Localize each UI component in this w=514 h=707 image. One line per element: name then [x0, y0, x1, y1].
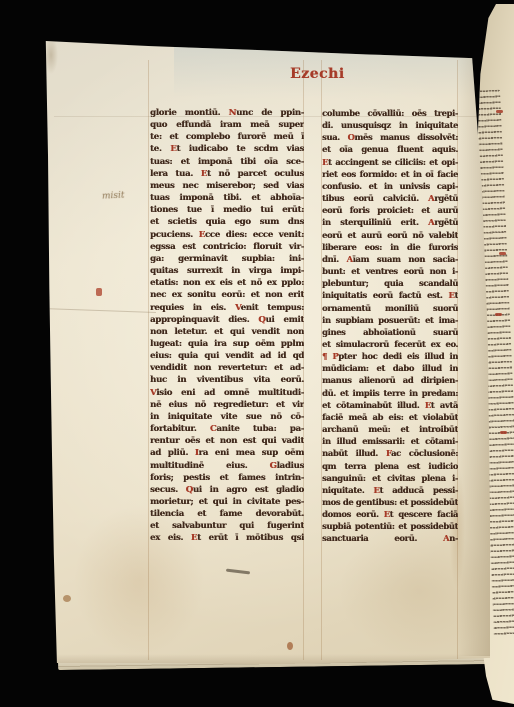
text-line: te. Et iudicabo te scdm vias [150, 143, 304, 155]
text-line: mos de gentibus: et possidebūt [322, 496, 458, 508]
rubric-mark [499, 252, 506, 255]
text-line: lera tua. Et nō parcet oculus [150, 168, 304, 180]
text-line: in sterquiliniū erit. Argētū [322, 216, 458, 228]
rubric-mark [500, 431, 507, 434]
text-line: iniquitatis eorū factū est. Et [322, 289, 458, 301]
text-line: ¶ Ppter hoc dedi eis illud in [322, 350, 458, 362]
text-line: ga: germinavit supbia: ini- [150, 253, 304, 265]
text-line: gines abhoīationū suarū [322, 326, 458, 338]
text-line: sua. Omēs manus dissolvēt: [322, 131, 458, 143]
text-line: nē eius nō regredietur: et vir [150, 399, 304, 411]
text-line: et salvabuntur qui fugerint [150, 520, 304, 532]
text-line: fortabitur. Canite tuba: pa- [150, 423, 304, 435]
margin-rubric-mark [96, 288, 102, 296]
text-line: te: et complebo furorē meū ī [150, 131, 304, 143]
text-line: bunt: et ventres eorū non i- [322, 265, 458, 277]
text-line: di. unusquisqz in iniquitate [322, 119, 458, 131]
text-line: et simulacrorū fecerūt ex eo. [322, 338, 458, 350]
text-line: nec ex sonitu eorū: et non erit [150, 289, 304, 301]
text-line: eorū foris proiciet: et aurū [322, 204, 458, 216]
text-column-left: glorie montiū. Nunc de ppin-quo effundā … [150, 107, 304, 545]
text-line: ornamentū moniliū suorū [322, 302, 458, 314]
text-line: faciē meā ab eis: et violabūt [322, 411, 458, 423]
text-line: non letetur. et qui vendit non [150, 326, 304, 338]
text-line: lugeat: quia ira sup oēm pplm [150, 338, 304, 350]
text-line: multitudinē eius. Gladius [150, 460, 304, 472]
text-line: et cōtaminabūt illud. Et avtā [322, 399, 458, 411]
text-line: liberare eos: in die furoris [322, 241, 458, 253]
ruling-line [148, 60, 149, 660]
ink-blot [287, 642, 293, 650]
text-line: glorie montiū. Nunc de ppin- [150, 107, 304, 119]
manuscript-page: Ezechi misit glorie montiū. Nunc de ppin… [44, 36, 490, 668]
text-line: nabūt illud. Fac cōclusionē: [322, 447, 458, 459]
text-line: qm terra plena est iudicio [322, 460, 458, 472]
text-line: domos eorū. Et qescere faciā [322, 508, 458, 520]
text-line: in illud emissarii: et cōtami- [322, 435, 458, 447]
text-line: confusio. et in univsis capi- [322, 180, 458, 192]
text-line: eius: quia qui vendit ad id qd [150, 350, 304, 362]
text-line: quitas surrexit in virga impi- [150, 265, 304, 277]
text-line: requies in eis. Venit tempus: [150, 302, 304, 314]
text-line: pcuciens. Ecce dies: ecce venit: [150, 229, 304, 241]
text-line: in supbiam posuerūt: et ima- [322, 314, 458, 326]
text-line: secus. Qui in agro est gladio [150, 484, 304, 496]
text-line: dnī. Aīam suam non sacia- [322, 253, 458, 265]
text-line: mūdiciam: et dabo illud in [322, 362, 458, 374]
text-line: morietur; et qui in civitate pes- [150, 496, 304, 508]
text-line: niquitate. Et adducā pessi- [322, 484, 458, 496]
text-line: sanguinū: et civitas plena i- [322, 472, 458, 484]
text-line: dū. et impiis terre in predam: [322, 387, 458, 399]
text-line: huc in viventibus vita eorū. [150, 374, 304, 386]
text-line: tuas imponā tibi. et abhoīa- [150, 192, 304, 204]
text-line: ex eis. Et erūt ī mōtibus qsi [150, 532, 304, 544]
stain [44, 36, 114, 131]
rubric-mark [496, 110, 503, 113]
text-line: vendidit non revertetur: et ad- [150, 362, 304, 374]
text-line: Et accingent se ciliciis: et opi- [322, 156, 458, 168]
text-line: et oīa genua fluent aquis. [322, 143, 458, 155]
text-line: appropinquavit dies. Qui emit [150, 314, 304, 326]
text-line: riet eos formido: et in oī facie [322, 168, 458, 180]
text-line: tilencia et fame devorabūt. [150, 508, 304, 520]
text-line: Visio eni ad omnē multitudi- [150, 387, 304, 399]
text-line: tibus eorū calviciū. Argētū [322, 192, 458, 204]
text-line: meus nec miserebor; sed vias [150, 180, 304, 192]
text-line: plebuntur; quia scandalū [322, 277, 458, 289]
text-line: rentur oēs et non est qui vadit [150, 435, 304, 447]
text-line: columbe cōvalliū: oēs trepi- [322, 107, 458, 119]
stain [63, 595, 71, 602]
text-line: et scietis quia ego sum dns [150, 216, 304, 228]
text-line: quo effundā iram meā super [150, 119, 304, 131]
marginal-note: misit [102, 190, 125, 201]
text-line: manus alienorū ad diripien- [322, 374, 458, 386]
text-line: ad pliū. Ira eni mea sup oēm [150, 447, 304, 459]
text-line: foris; pestis et fames intrin- [150, 472, 304, 484]
text-line: egssa est contricio: floruit vir- [150, 241, 304, 253]
text-line: sanctuaria eorū. An- [322, 532, 458, 544]
text-line: supbiā potentiū: et possidebūt [322, 520, 458, 532]
text-line: in iniquitate vite sue nō cō- [150, 411, 304, 423]
ink-smudge [226, 569, 250, 575]
text-column-right: columbe cōvalliū: oēs trepi-di. unusquis… [322, 107, 458, 545]
running-title: Ezechi [290, 66, 345, 82]
text-line: etatis: non ex eis et nō ex pplo: [150, 277, 304, 289]
text-line: tuas: et imponā tibi oīa sce- [150, 156, 304, 168]
crease-line [44, 308, 156, 313]
text-line: eorū et aurū eorū nō valebit [322, 229, 458, 241]
rubric-mark [495, 313, 502, 316]
text-line: archanū meū: et introibūt [322, 423, 458, 435]
text-line: tiones tue ī medio tui erūt: [150, 204, 304, 216]
photograph-stage: Ezechi misit glorie montiū. Nunc de ppin… [0, 0, 514, 707]
